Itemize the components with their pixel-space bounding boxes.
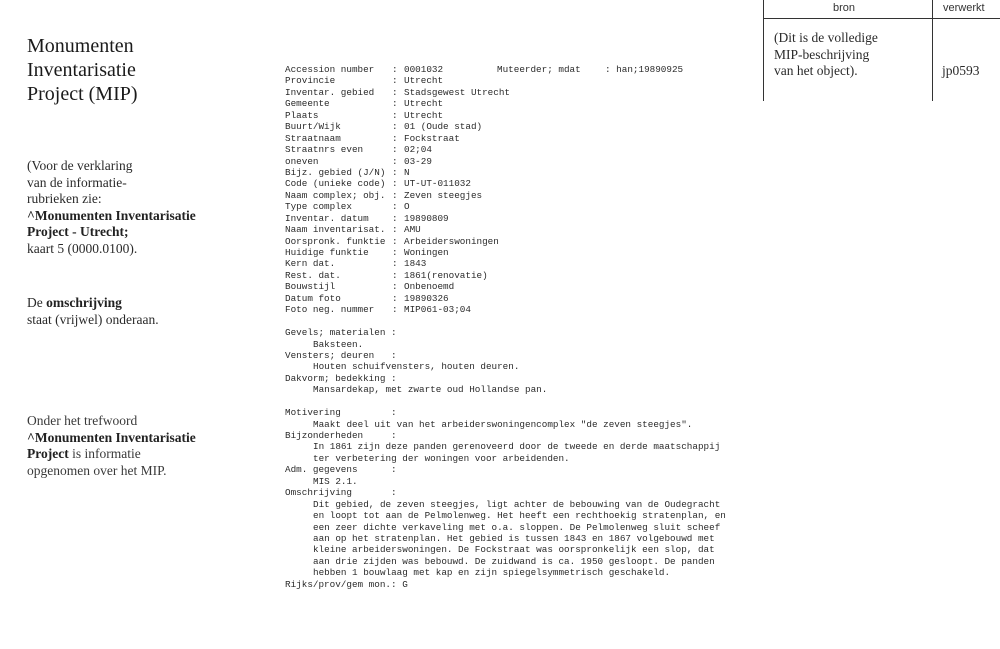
field-value: 02;04 [404,144,432,155]
record-row: Kern dat.: 1843 [285,258,726,269]
field-separator: : [392,236,404,247]
field-value: Stadsgewest Utrecht [404,87,510,98]
field-separator: : [392,167,404,178]
field-label: Buurt/Wijk [285,121,392,132]
record-row: Accession number: 0001032 [285,64,726,75]
monument-status: Rijks/prov/gem mon.: G [285,579,726,590]
field-label: oneven [285,156,392,167]
table-divider [932,0,933,101]
title-line: Inventarisatie [27,58,138,82]
field-label: Inventar. gebied [285,87,392,98]
field-value: UT-UT-011032 [404,178,471,189]
reference-link-subtitle[interactable]: Project - Utrecht; [27,224,128,239]
record-row: Inventar. gebied: Stadsgewest Utrecht [285,87,726,98]
note-bold-term: omschrijving [46,295,122,310]
field-separator: : [392,87,404,98]
header-verwerkt: verwerkt [943,2,985,14]
field-value: Onbenoemd [404,281,454,292]
field-label: Straatnrs even [285,144,392,155]
record-row: Naam complex; obj.: Zeven steegjes [285,190,726,201]
field-separator: : [392,213,404,224]
record-row: Rest. dat.: 1861(renovatie) [285,270,726,281]
header-bron: bron [833,2,855,14]
record-row: Oorspronk. funktie: Arbeiderswoningen [285,236,726,247]
table-border-left [763,0,764,101]
record-row: Naam inventarisat.: AMU [285,224,726,235]
table-header-rule [763,18,1000,19]
record-row: Gemeente: Utrecht [285,98,726,109]
description-note: De omschrijving staat (vrijwel) onderaan… [27,295,159,328]
note-line: Onder het trefwoord [27,413,196,430]
field-value: O [404,201,410,212]
record-row: Bijz. gebied (J/N): N [285,167,726,178]
section-text: een zeer dichte verkaveling met o.a. slo… [285,522,726,533]
field-label: Type complex [285,201,392,212]
field-separator: : [392,270,404,281]
field-separator: : [392,281,404,292]
section-text: Dit gebied, de zeven steegjes, ligt acht… [285,499,726,510]
spacer [285,396,726,407]
field-value: Arbeiderswoningen [404,236,499,247]
section-text: en loopt tot aan de Pelmolenweg. Het hee… [285,510,726,521]
section-label: Omschrijving : [285,487,726,498]
mip-record: Accession number: 0001032Provincie: Utre… [285,64,726,590]
record-row: Datum foto: 19890326 [285,293,726,304]
field-separator: : [392,121,404,132]
field-label: Oorspronk. funktie [285,236,392,247]
field-separator: : [392,64,404,75]
note-line: staat (vrijwel) onderaan. [27,312,159,329]
field-value: Woningen [404,247,449,258]
section-text: kleine arbeiderswoningen. De Fockstraat … [285,544,726,555]
field-separator: : [392,144,404,155]
title-line: Project (MIP) [27,82,138,106]
field-value: N [404,167,410,178]
section-label: Adm. gegevens : [285,464,726,475]
note-text: is informatie [69,446,141,461]
field-separator: : [392,75,404,86]
keyword-note: Onder het trefwoord ^Monumenten Inventar… [27,413,196,479]
material-label: Vensters; deuren : [285,350,726,361]
keyword-link[interactable]: ^Monumenten Inventarisatie [27,430,196,445]
page-title: Monumenten Inventarisatie Project (MIP) [27,34,138,106]
field-label: Rest. dat. [285,270,392,281]
field-value: 19890326 [404,293,449,304]
record-row: oneven: 03-29 [285,156,726,167]
reference-link-title[interactable]: ^Monumenten Inventarisatie [27,208,196,223]
section-text: MIS 2.1. [285,476,726,487]
field-separator: : [392,224,404,235]
field-value: MIP061-03;04 [404,304,471,315]
section-text: hebben 1 bouwlaag met kap en zijn spiege… [285,567,726,578]
field-value: G [402,579,408,590]
field-label: Provincie [285,75,392,86]
bron-cell: (Dit is de volledige MIP-beschrijving va… [774,30,878,80]
field-value: Zeven steegjes [404,190,482,201]
field-value: 1843 [404,258,426,269]
field-separator: : [392,98,404,109]
field-label: Straatnaam [285,133,392,144]
material-text: Houten schuifvensters, houten deuren. [285,361,726,372]
material-text: Baksteen. [285,339,726,350]
field-value: Utrecht [404,110,443,121]
section-text: aan drie zijden was bebouwd. De zuidwand… [285,556,726,567]
record-row: Straatnrs even: 02;04 [285,144,726,155]
field-label: Gemeente [285,98,392,109]
field-separator: : [392,178,404,189]
material-text: Mansardekap, met zwarte oud Hollandse pa… [285,384,726,395]
field-separator: : [392,247,404,258]
note-line: (Voor de verklaring [27,158,196,175]
field-value: Utrecht [404,75,443,86]
section-text: Maakt deel uit van het arbeiderswoningen… [285,419,726,430]
field-label: Naam inventarisat. [285,224,392,235]
note-line: van de informatie- [27,175,196,192]
record-row: Plaats: Utrecht [285,110,726,121]
field-value: 19890809 [404,213,449,224]
source-table: bron verwerkt (Dit is de volledige MIP-b… [763,0,1000,101]
field-label: Bijz. gebied (J/N) [285,167,392,178]
section-label: Motivering : [285,407,726,418]
field-separator: : [392,156,404,167]
field-label: Accession number [285,64,392,75]
record-row: Buurt/Wijk: 01 (Oude stad) [285,121,726,132]
section-text: aan op het stratenplan. Het gebied is tu… [285,533,726,544]
field-label: Inventar. datum [285,213,392,224]
note-line: opgenomen over het MIP. [27,463,196,480]
keyword-link-cont[interactable]: Project [27,446,69,461]
spacer [285,316,726,327]
bron-line: MIP-beschrijving [774,47,878,64]
field-value: Utrecht [404,98,443,109]
field-label: Huidige funktie [285,247,392,258]
field-value: 01 (Oude stad) [404,121,482,132]
record-row: Type complex: O [285,201,726,212]
title-line: Monumenten [27,34,138,58]
record-row: Huidige funktie: Woningen [285,247,726,258]
field-label: Code (unieke code) [285,178,392,189]
record-row: Code (unieke code): UT-UT-011032 [285,178,726,189]
note-line: kaart 5 (0000.0100). [27,241,196,258]
field-separator: : [392,304,404,315]
record-row: Foto neg. nummer: MIP061-03;04 [285,304,726,315]
reference-note: (Voor de verklaring van de informatie- r… [27,158,196,257]
note-line: rubrieken zie: [27,191,196,208]
field-value: 1861(renovatie) [404,270,488,281]
section-label: Bijzonderheden : [285,430,726,441]
field-label: Naam complex; obj. [285,190,392,201]
field-value: Fockstraat [404,133,460,144]
note-text: De [27,295,46,310]
field-separator: : [392,293,404,304]
bron-line: (Dit is de volledige [774,30,878,47]
section-text: ter verbetering der woningen voor arbeid… [285,453,726,464]
material-label: Gevels; materialen : [285,327,726,338]
field-label: Bouwstijl [285,281,392,292]
field-value: 03-29 [404,156,432,167]
section-text: In 1861 zijn deze panden gerenoveerd doo… [285,441,726,452]
bron-line: van het object). [774,63,878,80]
field-value: 0001032 [404,64,443,75]
field-separator: : [392,258,404,269]
record-row: Provincie: Utrecht [285,75,726,86]
field-label: Plaats [285,110,392,121]
record-row: Inventar. datum: 19890809 [285,213,726,224]
field-separator: : [392,190,404,201]
material-label: Dakvorm; bedekking : [285,373,726,384]
field-separator: : [392,201,404,212]
verwerkt-cell: jp0593 [942,63,980,80]
record-row: Bouwstijl: Onbenoemd [285,281,726,292]
field-label: Rijks/prov/gem mon.: [285,579,397,590]
field-label: Datum foto [285,293,392,304]
field-separator: : [392,133,404,144]
record-row: Straatnaam: Fockstraat [285,133,726,144]
field-label: Foto neg. nummer [285,304,392,315]
field-value: AMU [404,224,421,235]
field-separator: : [392,110,404,121]
field-label: Kern dat. [285,258,392,269]
